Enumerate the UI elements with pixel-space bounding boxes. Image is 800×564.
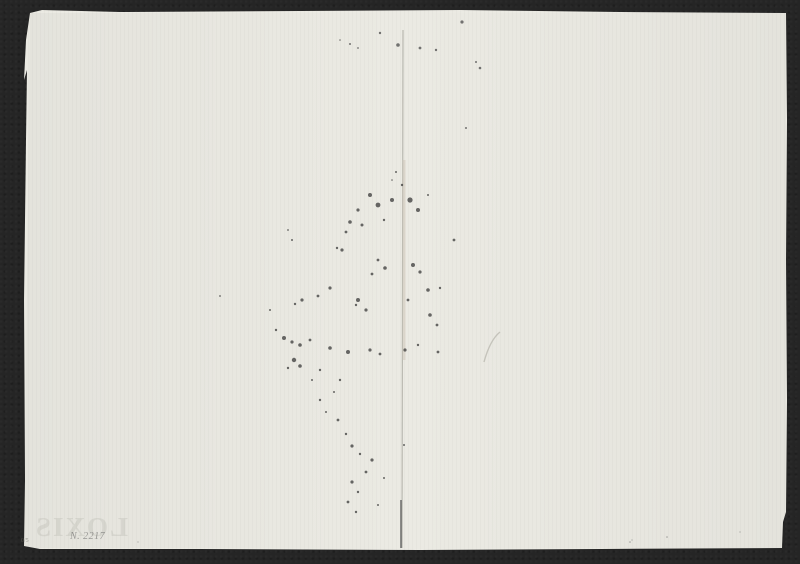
paper-illustration bbox=[0, 0, 800, 564]
pencil-inscription: N. 2217 bbox=[70, 531, 105, 542]
corner-mark: 0/5 bbox=[21, 538, 29, 544]
paper-sheet bbox=[0, 0, 800, 564]
